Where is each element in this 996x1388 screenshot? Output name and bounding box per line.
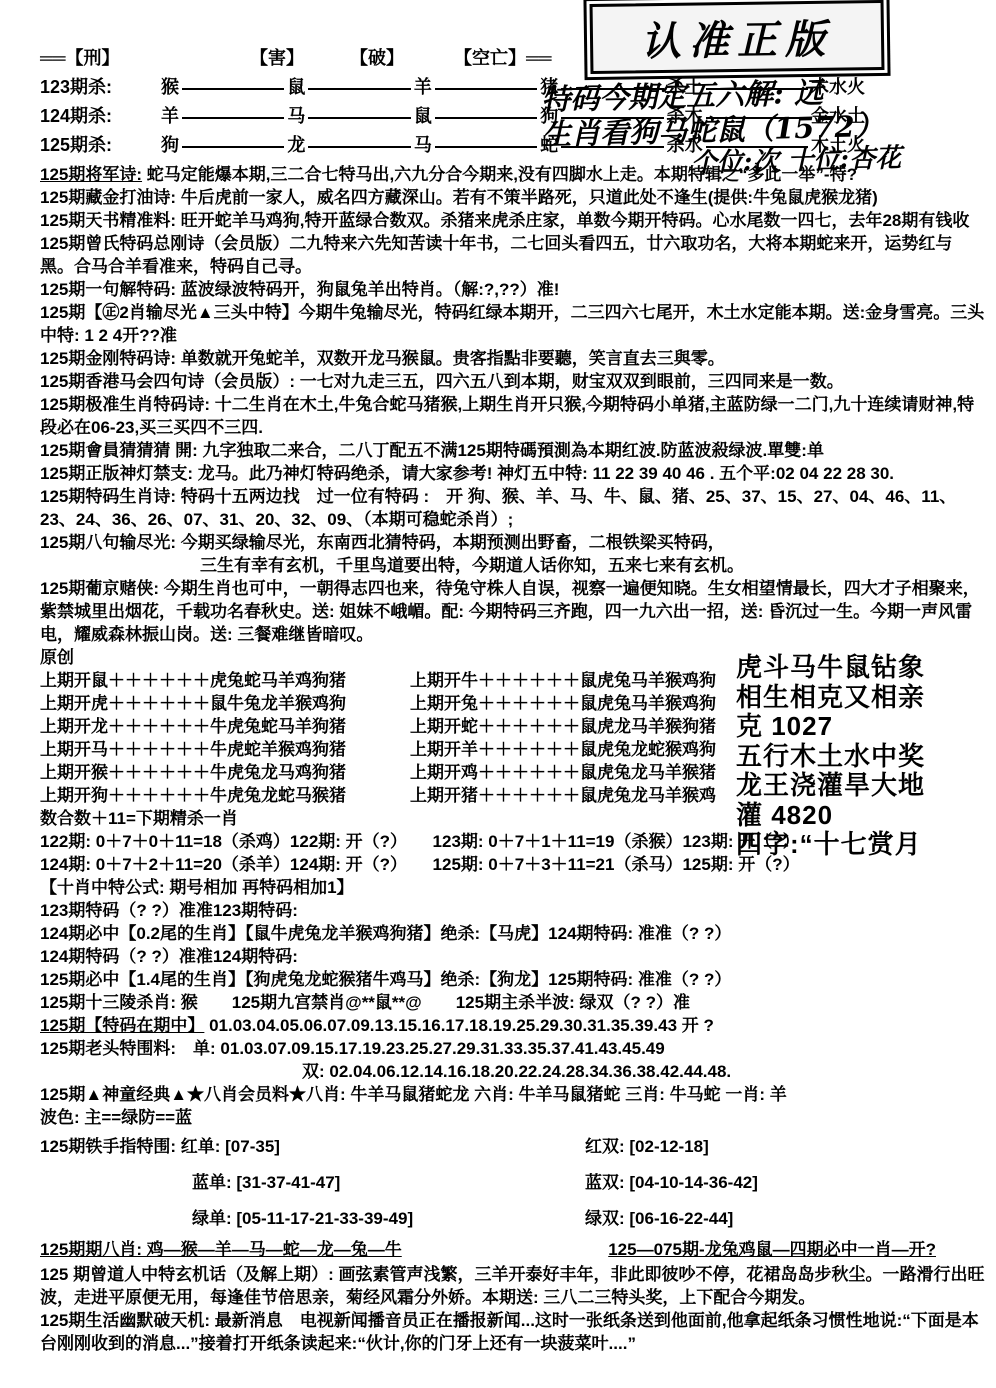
zodiac-row: 上期开羊＋＋＋＋＋＋鼠虎兔龙蛇猴鸡狗 — [410, 738, 780, 761]
line-laotou-even: 双: 02.04.06.12.14.16.18.20.22.24.28.34.3… — [302, 1060, 996, 1083]
red-even: 红双: [02-12-18] — [585, 1129, 988, 1165]
authenticity-stamp: 认准正版 — [590, 0, 885, 74]
side-line: 克 1027 — [736, 712, 986, 742]
dash-line — [435, 146, 537, 148]
side-line: 龙王浇灌旱大地 — [736, 771, 986, 801]
zodiac-row: 上期开鼠＋＋＋＋＋＋虎兔蛇马羊鸡狗猪 — [40, 669, 410, 692]
zodiac-row: 上期开兔＋＋＋＋＋＋鼠虎兔马羊猴鸡狗 — [410, 692, 780, 715]
cell: 龙 — [284, 131, 308, 160]
poem-shuru: 125期【㊣2肖输尽光▲三头中特】今期牛兔输尽光，特码红绿本期开，二三四六七尾开… — [40, 301, 986, 347]
tieshou-block: 125期铁手指特围: 红单: [07-35] 红双: [02-12-18] 蓝单… — [40, 1129, 988, 1237]
line-shentong: 125期▲神童经典▲★八肖会员料★八肖: 牛羊马鼠猪蛇龙 六肖: 牛羊马鼠猪蛇 … — [40, 1083, 986, 1106]
poem-tianshu: 125期天书精准料: 旺开蛇羊马鸡狗,特开蓝绿合数双。杀猪来虎杀庄家，单数今期开… — [40, 209, 986, 232]
cell: 狗 — [158, 131, 182, 160]
poem-pujing: 125期葡京赌侠: 今期生肖也可中，一朝得志四也来，待兔守株人自误，视察一遍便知… — [40, 577, 986, 646]
side-line: 五行木土水中奖 — [736, 742, 986, 772]
cell: 马 — [284, 102, 308, 131]
baxiao-right: 125—075期-龙兔鸡鼠—四期必中一肖—开? — [608, 1237, 936, 1263]
formula-note: 【十肖中特公式: 期号相加 再特码相加1】 — [40, 876, 988, 899]
humor-paragraph: 125期生活幽默破天机: 最新消息 电视新闻播音员正在播报新闻...这时一张纸条… — [40, 1309, 986, 1355]
side-line: 四字:“十七赏月 — [736, 830, 986, 860]
header-kongwang: 【空亡】══ — [454, 44, 604, 73]
poem-shendeng: 125期正版神灯禁支: 龙马。此乃神灯特码绝杀，请大家参考! 神灯五中特: 11… — [40, 462, 986, 485]
header-hai: 【害】 — [250, 44, 350, 73]
dash-line — [308, 146, 410, 148]
poem-shengxiao: 125期特码生肖诗: 特码十五两边找 过一位有特码 : 开 狗、猴、羊、马、牛、… — [40, 485, 986, 531]
baxiao-left: 125期期八肖: 鸡—猴—羊—马—蛇—龙—兔—牛 — [40, 1237, 402, 1263]
cell: 猴 — [158, 73, 182, 102]
row-label: 125期杀: — [40, 131, 158, 160]
poem-jingang: 125期金刚特码诗: 单数就开兔蛇羊，双数开龙马猴鼠。贵客指點非要聽，笑言直去三… — [40, 347, 986, 370]
dash-line — [435, 88, 537, 90]
line-zaiqi-lead: 125期【特码在期中】 — [40, 1016, 204, 1035]
zodiac-row: 上期开蛇＋＋＋＋＋＋鼠虎龙马羊猴狗猪 — [410, 715, 780, 738]
line-shaxiao: 125期十三陵杀肖: 猴 125期九宫禁肖@**鼠**@ 125期主杀半波: 绿… — [40, 991, 986, 1014]
dash-line — [182, 88, 284, 90]
blue-odd: 蓝单: [31-37-41-47] — [192, 1165, 585, 1201]
zodiac-row: 上期开狗＋＋＋＋＋＋牛虎兔龙蛇马猴猪 — [40, 784, 410, 807]
poem-xianggang: 125期香港马会四句诗（会员版）: 一七对九走三五，四六五八到本期，财宝双双到眼… — [40, 370, 986, 393]
header-xing: ══【刑】 — [40, 44, 250, 73]
zodiac-row: 上期开猪＋＋＋＋＋＋鼠虎兔龙马羊猴鸡 — [410, 784, 780, 807]
tieshou-row-blue: 蓝单: [31-37-41-47] 蓝双: [04-10-14-36-42] — [40, 1165, 988, 1201]
line-124-bizhong: 124期必中【0.2尾的生肖】【鼠牛虎兔龙羊猴鸡狗猪】绝杀:【马虎】124期特码… — [40, 922, 986, 945]
line-124-tema: 124期特码（? ?）准准124期特码: — [40, 945, 986, 968]
stamp-text: 认准正版 — [641, 7, 834, 67]
handwritten-notes: 特码今期定五六解: 远 生肖看狗马蛇鼠（1572） 个位:次 十位:杏花 — [541, 73, 902, 182]
poem-jiangjun-lead: 125期将军诗: — [40, 165, 142, 184]
blue-even: 蓝双: [04-10-14-36-42] — [585, 1165, 988, 1201]
zodiac-row: 上期开龙＋＋＋＋＋＋牛虎兔蛇马羊狗猪 — [40, 715, 410, 738]
side-line: 虎斗马牛鼠钻象 — [736, 653, 986, 683]
header-po: 【破】 — [350, 44, 454, 73]
zodiac-row: 上期开马＋＋＋＋＋＋牛虎蛇羊猴鸡狗猪 — [40, 738, 410, 761]
line-123-tema: 123期特码（? ?）准准123期特码: — [40, 899, 986, 922]
zodiac-row: 上期开猴＋＋＋＋＋＋牛虎兔龙马鸡狗猪 — [40, 761, 410, 784]
poem-cangjin: 125期藏金打油诗: 牛后虎前一家人，威名四方藏深山。若有不策半路死，只道此处不… — [40, 186, 986, 209]
mid-section: 123期特码（? ?）准准123期特码: 124期必中【0.2尾的生肖】【鼠牛虎… — [40, 899, 988, 1129]
dash-line — [182, 146, 284, 148]
poem-huiyuan: 125期會員猜猜猜 開: 九字独取二来合，二八丁配五不满125期特碼預測為本期红… — [40, 439, 986, 462]
poem-yiju: 125期一句解特码: 蓝波绿波特码开，狗鼠兔羊出特肖。（解:?,??）准! — [40, 278, 986, 301]
cell: 鼠 — [411, 102, 435, 131]
zengdao-paragraph: 125 期曾道人中特玄机话（及解上期）: 画弦素管声浅繁，三羊开泰好丰年，非此即… — [40, 1263, 986, 1309]
poem-zengshi: 125期曾氏特码总刚诗（会员版）二九特来六先知苦读十年书，二七回头看四五，廿六取… — [40, 232, 986, 278]
side-riddle-block: 虎斗马牛鼠钻象 相生相克又相亲 克 1027 五行木土水中奖 龙王浇灌旱大地 灌… — [736, 653, 986, 860]
cell: 羊 — [158, 102, 182, 131]
zodiac-row: 上期开牛＋＋＋＋＋＋鼠虎兔马羊猴鸡狗 — [410, 669, 780, 692]
dash-line — [182, 117, 284, 119]
baxiao-row: 125期期八肖: 鸡—猴—羊—马—蛇—龙—兔—牛 125—075期-龙兔鸡鼠—四… — [40, 1237, 988, 1263]
poem-baju-line1: 125期八句输尽光: 今期买绿输尽光，东南西北猜特码，本期预测出野畜，二根铁梁买… — [40, 531, 986, 554]
tieshou-row-green: 绿单: [05-11-17-21-33-39-49] 绿双: [06-16-22… — [40, 1201, 988, 1237]
lottery-tip-sheet: 认准正版 特码今期定五六解: 远 生肖看狗马蛇鼠（1572） 个位:次 十位:杏… — [0, 0, 996, 1388]
line-bose: 波色: 主==绿防==蓝 — [40, 1106, 986, 1129]
green-odd: 绿单: [05-11-17-21-33-39-49] — [192, 1201, 585, 1237]
cell: 鼠 — [284, 73, 308, 102]
cell: 羊 — [411, 73, 435, 102]
tieshou-row-red: 125期铁手指特围: 红单: [07-35] 红双: [02-12-18] — [40, 1129, 988, 1165]
line-zaiqi: 125期【特码在期中】 01.03.04.05.06.07.09.13.15.1… — [40, 1014, 986, 1037]
zodiac-section: 虎斗马牛鼠钻象 相生相克又相亲 克 1027 五行木土水中奖 龙王浇灌旱大地 灌… — [40, 669, 988, 899]
zodiac-row: 上期开鸡＋＋＋＋＋＋鼠虎兔龙马羊猴猪 — [410, 761, 780, 784]
last-draw-zodiac-grid: 上期开鼠＋＋＋＋＋＋虎兔蛇马羊鸡狗猪 上期开牛＋＋＋＋＋＋鼠虎兔马羊猴鸡狗 上期… — [40, 669, 780, 807]
side-line: 相生相克又相亲 — [736, 683, 986, 713]
dash-line — [308, 117, 410, 119]
dash-line — [308, 88, 410, 90]
row-label: 124期杀: — [40, 102, 158, 131]
cell: 马 — [411, 131, 435, 160]
bottom-section: 125 期曾道人中特玄机话（及解上期）: 画弦素管声浅繁，三羊开泰好丰年，非此即… — [40, 1263, 988, 1355]
poem-jizhun: 125期极准生肖特码诗: 十二生肖在木土,牛兔合蛇马猪猴,上期生肖开只猴,今期特… — [40, 393, 986, 439]
poem-baju-line2: 三生有幸有玄机，千里鸟道要出特，今期道人话你知，五来七来有玄机。 — [200, 554, 996, 577]
poem-lines: 125期将军诗: 蛇马定能爆本期,三二合七特马出,六九分合今期来,没有四脚水上走… — [40, 163, 988, 669]
handwritten-line-3: 个位:次 十位:杏花 — [691, 143, 902, 178]
row-label: 123期杀: — [40, 73, 158, 102]
green-even: 绿双: [06-16-22-44] — [585, 1201, 988, 1237]
dash-line — [435, 117, 537, 119]
zodiac-row: 上期开虎＋＋＋＋＋＋鼠牛兔龙羊猴鸡狗 — [40, 692, 410, 715]
side-line: 灌 4820 — [736, 801, 986, 831]
line-laotou-odd: 125期老头特围料: 单: 01.03.07.09.15.17.19.23.25… — [40, 1037, 986, 1060]
line-125-bizhong: 125期必中【1.4尾的生肖】【狗虎兔龙蛇猴猪牛鸡马】绝杀:【狗龙】125期特码… — [40, 968, 986, 991]
line-zaiqi-numbers: 01.03.04.05.06.07.09.13.15.16.17.18.19.2… — [204, 1016, 713, 1035]
red-odd: 125期铁手指特围: 红单: [07-35] — [40, 1129, 585, 1165]
